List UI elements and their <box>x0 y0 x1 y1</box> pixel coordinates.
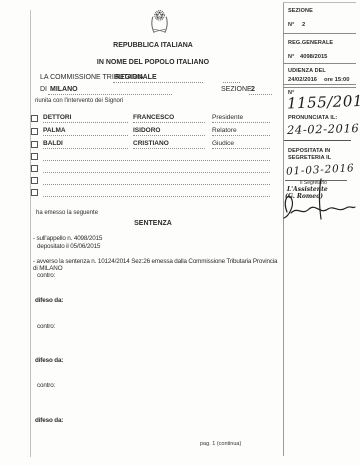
pronunciata-handwritten-value: 24-02-2016 <box>287 121 360 137</box>
issued-intro: ha emesso la seguente <box>36 210 98 217</box>
page-footer: pag. 1 (continua) <box>200 441 241 447</box>
judge-checkbox <box>31 153 38 160</box>
secretary-signature <box>280 176 358 227</box>
sentence-title: SENTENZA <box>33 220 273 228</box>
reg-no-label: N° <box>288 54 294 61</box>
numero-handwritten-value: 1155/2016 <box>287 92 360 113</box>
section-value: 2 <box>251 86 255 94</box>
difeso-label-3: difeso da: <box>35 417 63 424</box>
form-dotted-line <box>133 122 205 123</box>
commission-type: REGIONALE <box>115 74 157 82</box>
form-dotted-line <box>133 135 205 136</box>
appeal-line-1: - sull'appello n. 4098/2015 <box>33 235 102 242</box>
form-dotted-line <box>43 184 270 185</box>
judge-role: Presidente <box>212 114 243 122</box>
judge-surname: PALMA <box>43 127 66 135</box>
depositata-label-2: SEGRETERIA IL <box>288 155 331 162</box>
judge-surname: BALDI <box>43 140 63 148</box>
judge-checkbox <box>31 141 38 148</box>
scanned-judgment-page: REPUBBLICA ITALIANA IN NOME DEL POPOLO I… <box>0 0 360 466</box>
form-dotted-line <box>43 172 270 173</box>
sezione-no-label: N° <box>288 22 294 29</box>
judge-role: Relatore <box>212 127 237 135</box>
form-dotted-line <box>43 122 128 123</box>
against-line-2: di MILANO <box>33 265 62 272</box>
form-dotted-line <box>212 135 270 136</box>
judge-checkbox <box>31 189 38 196</box>
judge-surname: DETTORI <box>43 114 71 122</box>
title-in-nome: IN NOME DEL POPOLO ITALIANO <box>33 59 273 67</box>
form-dotted-line <box>43 135 128 136</box>
form-dotted-line <box>212 148 270 149</box>
form-dotted-line <box>133 148 205 149</box>
udienza-label: UDIENZA DEL <box>288 68 326 75</box>
pronunciata-underline <box>284 140 351 141</box>
sezione-label: SEZIONE <box>288 8 313 15</box>
judge-checkbox <box>31 177 38 184</box>
sidebar-top-line <box>283 2 356 3</box>
form-dotted-line <box>113 82 203 83</box>
sidebar-divider <box>283 33 356 34</box>
page-margin-line <box>30 10 31 457</box>
judge-name: CRISTIANO <box>133 140 169 148</box>
contro-label-1: contro: <box>37 272 55 279</box>
form-dotted-line <box>43 196 270 197</box>
form-dotted-line <box>43 160 270 161</box>
judge-name: FRANCESCO <box>133 114 174 122</box>
judge-checkbox <box>31 115 38 122</box>
udienza-time: ore 15:00 <box>324 77 349 83</box>
form-dotted-line <box>48 94 172 95</box>
judge-checkbox <box>31 165 38 172</box>
difeso-label-1: difeso da: <box>35 297 63 304</box>
form-dotted-line <box>249 94 272 95</box>
city-name: MILANO <box>50 86 78 94</box>
difeso-label-2: difeso da: <box>35 357 63 364</box>
pronunciata-label: PRONUNCIATA IL: <box>288 115 337 122</box>
title-repubblica: REPUBBLICA ITALIANA <box>33 42 273 50</box>
italy-emblem-icon <box>150 7 169 40</box>
sidebar-divider <box>283 63 356 64</box>
judge-checkbox <box>31 128 38 135</box>
form-dotted-line <box>212 122 270 123</box>
against-line-1: - avverso la sentenza n. 10124/2014 Sez:… <box>33 258 277 265</box>
city-prefix: DI <box>40 86 47 94</box>
form-dotted-line <box>43 148 128 149</box>
sidebar-border-line <box>283 2 284 456</box>
reg-generale-label: REG.GENERALE <box>288 40 333 47</box>
sidebar-divider <box>283 84 356 85</box>
depositata-label-1: DEPOSITATA IN <box>288 148 330 155</box>
appeal-line-2: depositato il 05/06/2015 <box>37 243 100 250</box>
judge-role: Giudice <box>212 140 234 148</box>
section-label: SEZIONE <box>221 86 252 94</box>
panel-intro: riunita con l'intervento dei Signori <box>35 98 123 105</box>
judge-name: ISIDORO <box>133 127 160 135</box>
udienza-date: 24/02/2016 <box>288 77 317 83</box>
contro-label-2: contro: <box>37 323 55 330</box>
reg-value: 4098/2015 <box>300 54 327 60</box>
form-dotted-line <box>223 82 240 83</box>
sezione-value: 2 <box>302 22 305 28</box>
sidebar-divider <box>283 87 356 88</box>
contro-label-3: contro: <box>37 382 55 389</box>
